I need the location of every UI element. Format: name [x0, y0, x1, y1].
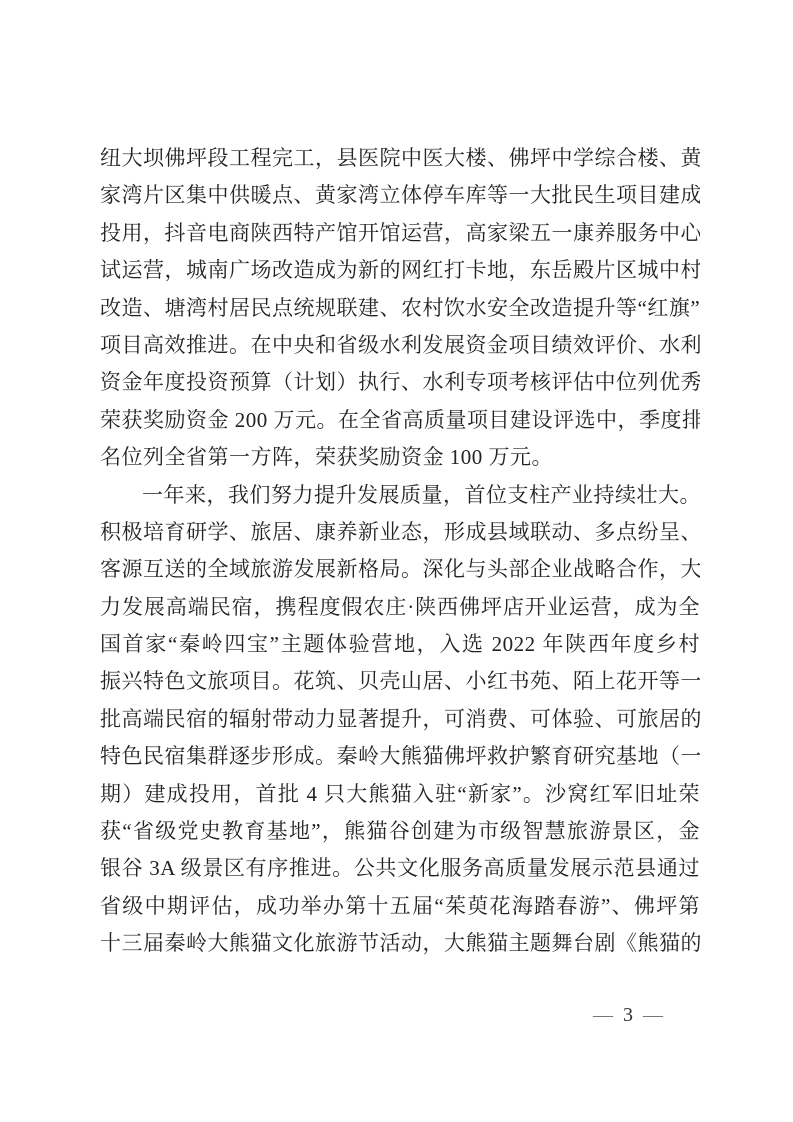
body-text-line: 改造、塘湾村居民点统规联建、农村饮水安全改造提升等“红旗”	[100, 290, 700, 327]
document-page: 纽大坝佛坪段工程完工，县医院中医大楼、佛坪中学综合楼、黄 家湾片区集中供暖点、黄…	[0, 0, 793, 1122]
body-text-line: 获“省级党史教育基地”，熊猫谷创建为市级智慧旅游景区，金	[100, 813, 700, 850]
body-text-line: 银谷 3A 级景区有序推进。公共文化服务高质量发展示范县通过	[100, 850, 700, 887]
document-body: 纽大坝佛坪段工程完工，县医院中医大楼、佛坪中学综合楼、黄 家湾片区集中供暖点、黄…	[100, 140, 700, 963]
body-text-line: 特色民宿集群逐步形成。秦岭大熊猫佛坪救护繁育研究基地（一	[100, 738, 700, 775]
page-number-left-dash: —	[593, 1004, 615, 1026]
body-text-line-lead: 一年来，我们努力提升发展质量，首位支柱产业持续壮大。	[100, 477, 700, 514]
body-text-line: 项目高效推进。在中央和省级水利发展资金项目绩效评价、水利	[100, 327, 700, 364]
body-text-line: 荣获奖励资金 200 万元。在全省高质量项目建设评选中，季度排	[100, 402, 700, 439]
body-text-line: 力发展高端民宿，携程度假农庄·陕西佛坪店开业运营，成为全	[100, 589, 700, 626]
paragraph-2: 一年来，我们努力提升发展质量，首位支柱产业持续壮大。 积极培育研学、旅居、康养新…	[100, 477, 700, 963]
page-number-right-dash: —	[643, 1004, 665, 1026]
body-text-line: 积极培育研学、旅居、康养新业态，形成县域联动、多点纷呈、	[100, 514, 700, 551]
body-text-line: 十三届秦岭大熊猫文化旅游节活动，大熊猫主题舞台剧《熊猫的	[100, 925, 700, 962]
page-number-value: 3	[615, 1004, 643, 1026]
body-text-line: 名位列全省第一方阵，荣获奖励资金 100 万元。	[100, 439, 700, 476]
body-text-line: 省级中期评估，成功举办第十五届“茱萸花海踏春游”、佛坪第	[100, 888, 700, 925]
body-text-line: 资金年度投资预算（计划）执行、水利专项考核评估中位列优秀，	[100, 364, 700, 401]
body-text-line: 客源互送的全域旅游发展新格局。深化与头部企业战略合作，大	[100, 551, 700, 588]
paragraph-1: 纽大坝佛坪段工程完工，县医院中医大楼、佛坪中学综合楼、黄 家湾片区集中供暖点、黄…	[100, 140, 700, 477]
body-text-line: 纽大坝佛坪段工程完工，县医院中医大楼、佛坪中学综合楼、黄	[100, 140, 700, 177]
body-text-line: 国首家“秦岭四宝”主题体验营地，入选 2022 年陕西年度乡村	[100, 626, 700, 663]
body-text-line: 批高端民宿的辐射带动力显著提升，可消费、可体验、可旅居的	[100, 701, 700, 738]
body-text-line: 试运营，城南广场改造成为新的网红打卡地，东岳殿片区城中村	[100, 252, 700, 289]
body-text-line: 投用，抖音电商陕西特产馆开馆运营，高家梁五一康养服务中心	[100, 215, 700, 252]
body-text-line: 家湾片区集中供暖点、黄家湾立体停车库等一大批民生项目建成	[100, 177, 700, 214]
body-text-line: 振兴特色文旅项目。花筑、贝壳山居、小红书苑、陌上花开等一	[100, 663, 700, 700]
page-number: —3—	[593, 1002, 665, 1028]
body-text-line: 期）建成投用，首批 4 只大熊猫入驻“新家”。沙窝红军旧址荣	[100, 776, 700, 813]
